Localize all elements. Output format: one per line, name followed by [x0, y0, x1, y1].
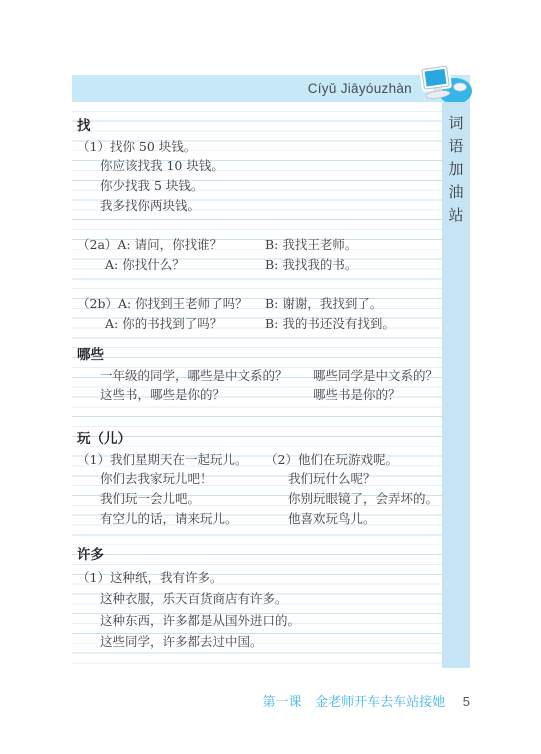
sentence: 哪些书是你的？ [313, 385, 401, 405]
sentence: 你别玩眼镜了，会弄坏的。 [288, 489, 438, 509]
sentence: 这种东西，许多都是从国外进口的。 [100, 610, 300, 632]
sidebar-char: 加 [442, 158, 470, 181]
sentence: 哪些同学是中文系的？ [313, 366, 438, 386]
sentence: B: 我找王老师。 [265, 235, 357, 255]
text-line: 你少找我 5 块钱。 [72, 176, 442, 196]
text-line [72, 275, 442, 295]
sentence: 一年级的同学，哪些是中文系的？ [100, 366, 288, 386]
section-xuduo: 许多（1）这种纸，我有许多。这种衣服，乐天百货商店有许多。这种东西，许多都是从国… [72, 545, 442, 653]
sentence: 你少找我 5 块钱。 [100, 176, 203, 196]
text-line: （1）这种纸，我有许多。 [72, 567, 442, 589]
sentence: 他喜欢玩鸟儿。 [288, 509, 376, 529]
sentence: A: 你找什么？ [105, 255, 185, 275]
footer-lesson-number: 第一课 [262, 694, 301, 709]
sentence: 我们玩一会儿吧。 [100, 489, 200, 509]
sidebar-vertical-tab: 词 语 加 油 站 [442, 102, 470, 668]
text-line: 有空儿的话，请来玩儿。他喜欢玩鸟儿。 [72, 509, 442, 529]
section-title: 玩（儿） [72, 430, 442, 450]
textbook-page: Cíyǔ Jiāyóuzhàn 词 语 加 油 站 找（1）找你 50 块钱。你… [0, 0, 541, 754]
sentence: （1）这种纸，我有许多。 [77, 567, 222, 589]
text-line: A: 你的书找到了吗？B: 我的书还没有找到。 [72, 314, 442, 334]
sentence: 你们去我家玩儿吧！ [100, 469, 213, 489]
sentence: B: 我的书还没有找到。 [265, 314, 395, 334]
text-line: （1）我们星期天在一起玩儿。（2）他们在玩游戏呢。 [72, 450, 442, 470]
section-title: 找 [72, 117, 442, 137]
sentence: 许多 [77, 545, 104, 567]
sidebar-char: 油 [442, 181, 470, 204]
section-title: 哪些 [72, 346, 442, 366]
text-line: 这些书，哪些是你的？哪些书是你的？ [72, 385, 442, 405]
sentence: （2a）A: 请问，你找谁？ [77, 235, 222, 255]
text-line: 你们去我家玩儿吧！我们玩什么呢？ [72, 469, 442, 489]
sidebar-char: 站 [442, 204, 470, 227]
header-pinyin-title: Cíyǔ Jiāyóuzhàn [72, 75, 470, 102]
text-line: 这种衣服，乐天百货商店有许多。 [72, 588, 442, 610]
text-line: A: 你找什么？B: 我找我的书。 [72, 255, 442, 275]
sentence: 这些同学，许多都去过中国。 [100, 631, 263, 653]
sentence: 我多找你两块钱。 [100, 196, 200, 216]
text-line: 这些同学，许多都去过中国。 [72, 631, 442, 653]
text-line: 我们玩一会儿吧。你别玩眼镜了，会弄坏的。 [72, 489, 442, 509]
section-title: 许多 [72, 545, 442, 567]
sentence: （2b）A: 你找到王老师了吗？ [77, 294, 248, 314]
sentence: B: 我找我的书。 [265, 255, 357, 275]
sentence: 这种衣服，乐天百货商店有许多。 [100, 588, 288, 610]
text-line: 一年级的同学，哪些是中文系的？哪些同学是中文系的？ [72, 366, 442, 386]
text-line: 你应该找我 10 块钱。 [72, 156, 442, 176]
sentence: 哪些 [77, 346, 104, 366]
sentence: 玩（儿） [77, 430, 131, 450]
text-line: （1）找你 50 块钱。 [72, 137, 442, 157]
section-zhao: 找（1）找你 50 块钱。你应该找我 10 块钱。你少找我 5 块钱。我多找你两… [72, 117, 442, 334]
sentence: （1）找你 50 块钱。 [77, 137, 196, 157]
header-bar: Cíyǔ Jiāyóuzhàn [72, 75, 470, 102]
sentence: 有空儿的话，请来玩儿。 [100, 509, 238, 529]
sidebar-char: 语 [442, 135, 470, 158]
sentence: （1）我们星期天在一起玩儿。 [77, 450, 247, 470]
text-line [72, 215, 442, 235]
page-footer: 第一课 金老师开车去车站接她 5 [72, 693, 470, 711]
sentence: 找 [77, 117, 91, 137]
section-naxie: 哪些一年级的同学，哪些是中文系的？哪些同学是中文系的？这些书，哪些是你的？哪些书… [72, 346, 442, 405]
text-line: （2b）A: 你找到王老师了吗？B: 谢谢，我找到了。 [72, 294, 442, 314]
sentence: 你应该找我 10 块钱。 [100, 156, 224, 176]
sentence: B: 谢谢，我找到了。 [265, 294, 382, 314]
text-line: 我多找你两块钱。 [72, 196, 442, 216]
sentence: 我们玩什么呢？ [288, 469, 376, 489]
sentence: A: 你的书找到了吗？ [105, 314, 222, 334]
sidebar-char: 词 [442, 112, 470, 135]
text-line: （2a）A: 请问，你找谁？B: 我找王老师。 [72, 235, 442, 255]
sentence: （2）他们在玩游戏呢。 [265, 450, 398, 470]
footer-lesson-title: 金老师开车去车站接她 [315, 694, 445, 709]
section-wanr: 玩（儿）（1）我们星期天在一起玩儿。（2）他们在玩游戏呢。你们去我家玩儿吧！我们… [72, 430, 442, 528]
sentence: 这些书，哪些是你的？ [100, 385, 225, 405]
footer-page-number: 5 [463, 694, 470, 709]
text-line: 这种东西，许多都是从国外进口的。 [72, 610, 442, 632]
